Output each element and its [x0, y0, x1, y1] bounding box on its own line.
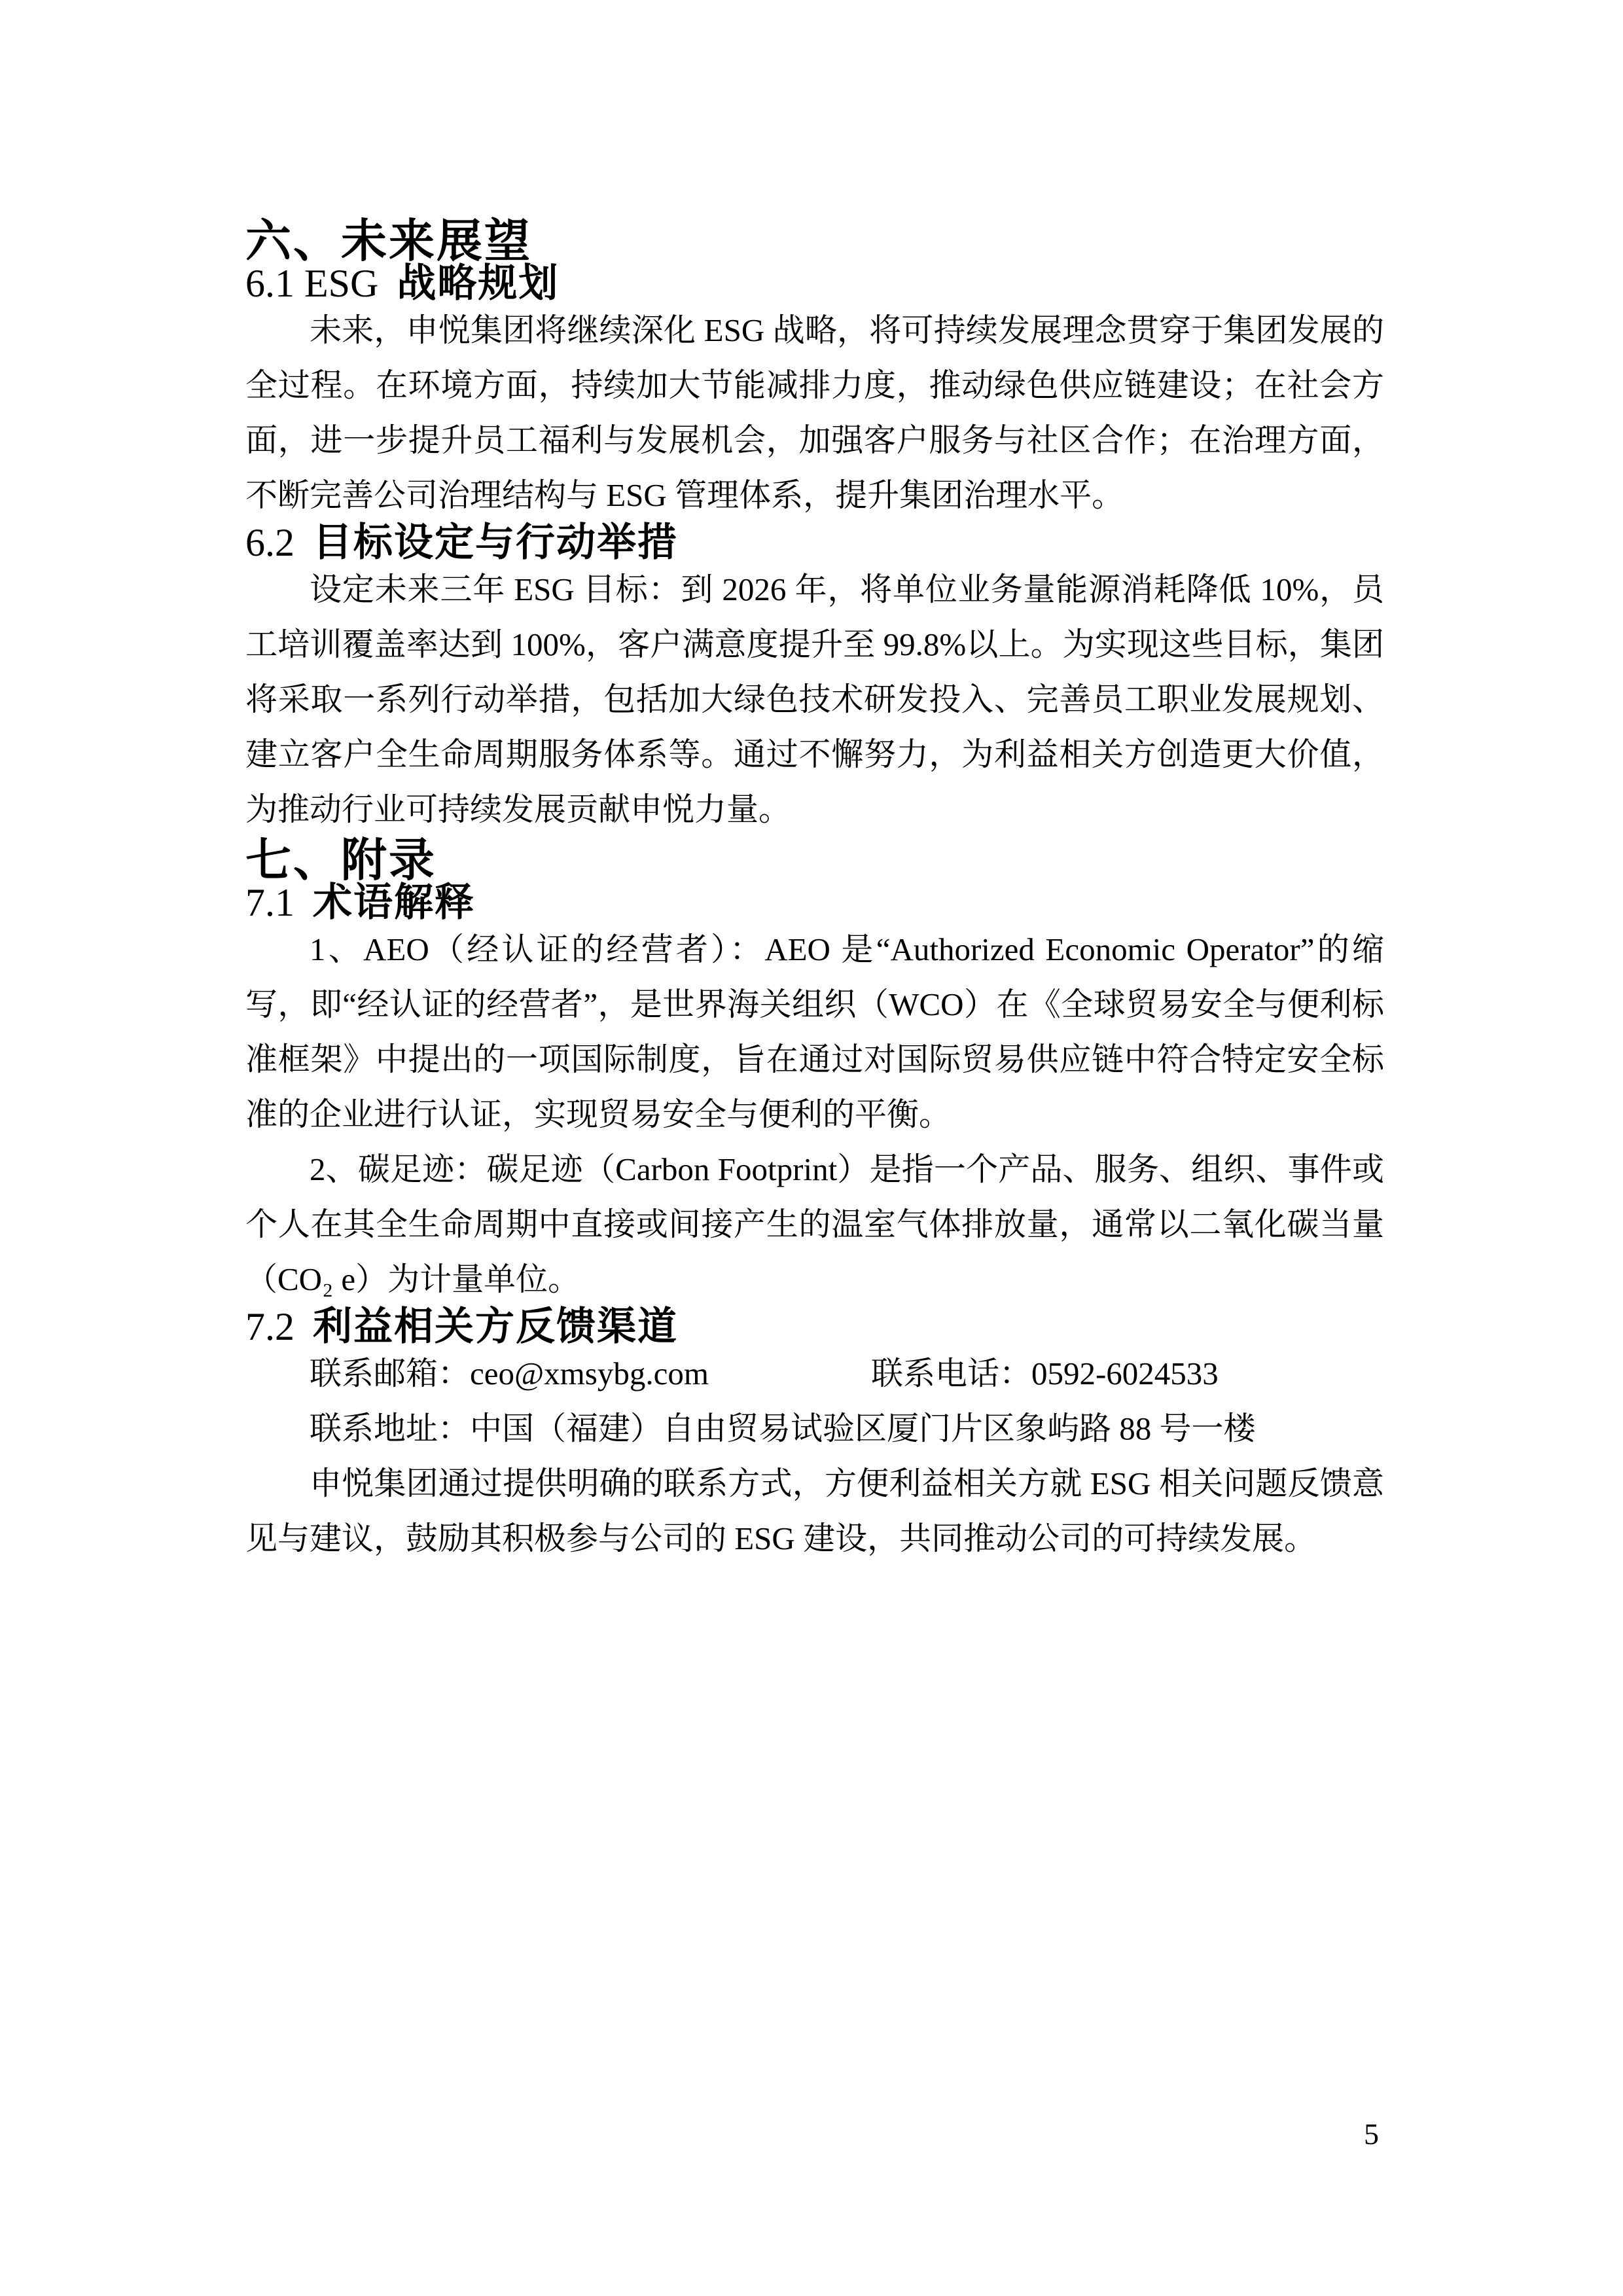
section-number: 6.2 [245, 521, 294, 564]
contact-address-value: 中国（福建）自由贸易试验区厦门片区象屿路 88 号一楼 [470, 1410, 1256, 1446]
heading-future-outlook: 六、未来展望 [245, 218, 1384, 264]
section-number: 6.1 ESG [245, 262, 378, 305]
heading-goals-actions: 6.2目标设定与行动举措 [245, 523, 1384, 562]
heading-feedback: 7.2利益相关方反馈渠道 [245, 1307, 1384, 1346]
contact-phone-label: 联系电话： [807, 1346, 1031, 1401]
heading-title: 术语解释 [313, 880, 475, 924]
document-page: 六、未来展望 6.1 ESG战略规划 未来，申悦集团将继续深化 ESG 战略，将… [0, 0, 1623, 2296]
heading-title: 目标设定与行动举措 [313, 520, 678, 564]
heading-title: 战略规划 [397, 261, 559, 305]
contact-address-label: 联系地址： [310, 1410, 470, 1446]
heading-appendix: 七、附录 [245, 837, 1384, 883]
document-content: 六、未来展望 6.1 ESG战略规划 未来，申悦集团将继续深化 ESG 战略，将… [245, 218, 1384, 1566]
contact-email-label: 联系邮箱： [310, 1355, 470, 1391]
heading-terms: 7.1术语解释 [245, 883, 1384, 922]
contact-email-line: 联系邮箱：ceo@xmsybg.com联系电话：0592-6024533 [245, 1346, 1384, 1401]
heading-esg-strategy: 6.1 ESG战略规划 [245, 264, 1384, 303]
contact-phone-value: 0592-6024533 [1031, 1355, 1219, 1391]
section-number: 7.1 [245, 881, 294, 924]
page-number: 5 [1364, 2119, 1379, 2149]
section-number: 7.2 [245, 1305, 294, 1348]
contact-email-value: ceo@xmsybg.com [470, 1355, 709, 1391]
para-esg-strategy: 未来，申悦集团将继续深化 ESG 战略，将可持续发展理念贯穿于集团发展的全过程。… [245, 303, 1384, 523]
para-feedback-close: 申悦集团通过提供明确的联系方式，方便利益相关方就 ESG 相关问题反馈意见与建议… [245, 1456, 1384, 1566]
para-goals-actions: 设定未来三年 ESG 目标：到 2026 年，将单位业务量能源消耗降低 10%，… [245, 562, 1384, 837]
heading-title: 利益相关方反馈渠道 [313, 1304, 678, 1348]
contact-address-line: 联系地址：中国（福建）自由贸易试验区厦门片区象屿路 88 号一楼 [245, 1401, 1384, 1456]
para-term-aeo: 1、AEO（经认证的经营者）：AEO 是“Authorized Economic… [245, 922, 1384, 1142]
para-term-carbon: 2、碳足迹：碳足迹（Carbon Footprint）是指一个产品、服务、组织、… [245, 1142, 1384, 1307]
